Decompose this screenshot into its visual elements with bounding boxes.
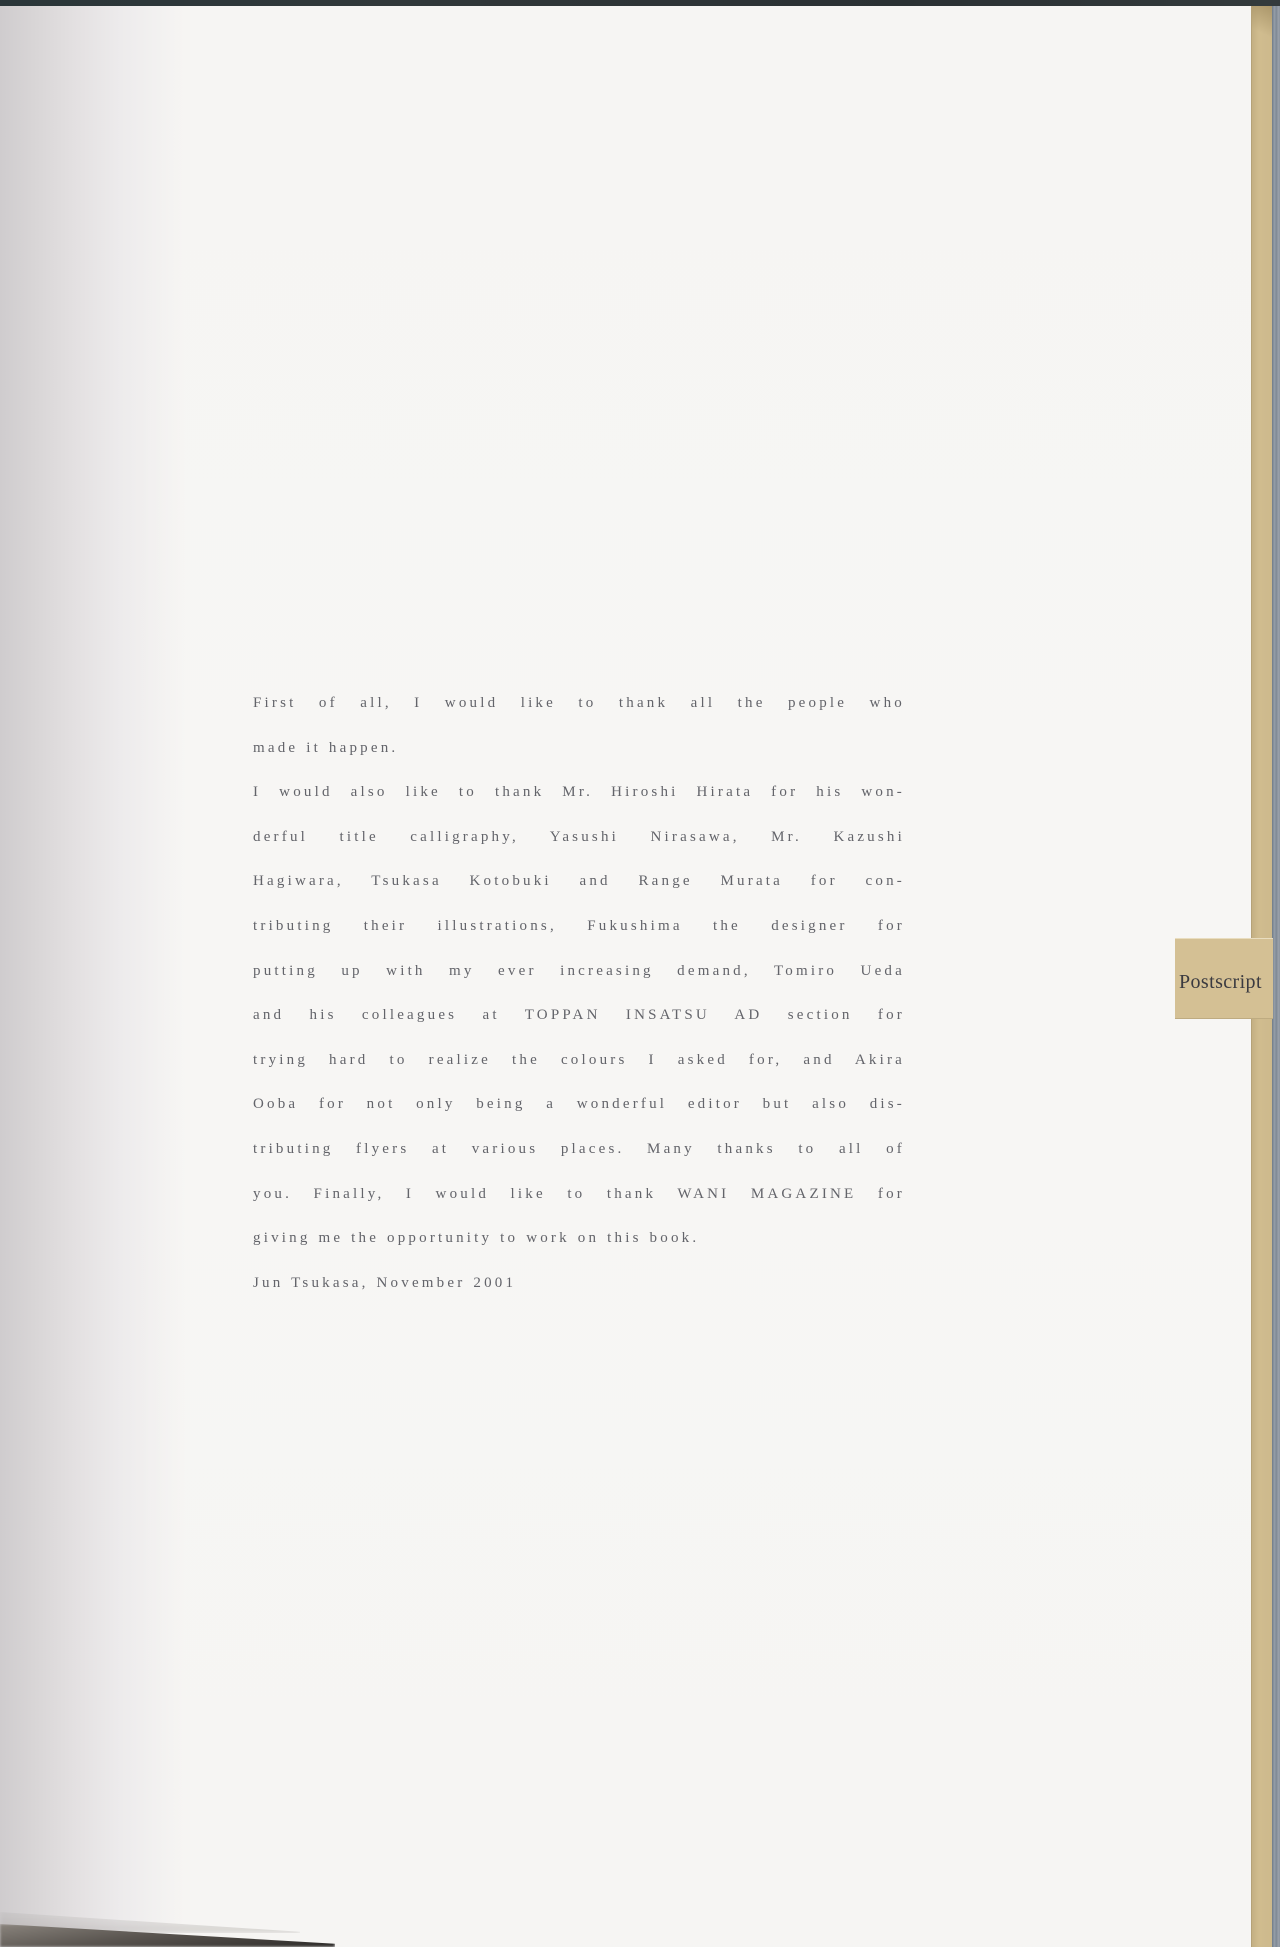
text-line: derful title calligraphy, Yasushi Nirasa…	[253, 815, 905, 860]
signature-line: Jun Tsukasa, November 2001	[253, 1261, 905, 1306]
text-line: giving me the opportunity to work on thi…	[253, 1216, 905, 1261]
postscript-text-block: First of all, I would like to thank all …	[253, 681, 905, 1305]
text-line: and his colleagues at TOPPAN INSATSU AD …	[253, 993, 905, 1038]
text-line: made it happen.	[253, 726, 905, 771]
page-block-edge	[1272, 5, 1280, 1947]
text-line: tributing their illustrations, Fukushima…	[253, 904, 905, 949]
text-line: Ooba for not only being a wonderful edit…	[253, 1082, 905, 1127]
page-binding-shading	[0, 0, 185, 1947]
scanner-edge-bar	[0, 0, 1280, 6]
text-line: I would also like to thank Mr. Hiroshi H…	[253, 770, 905, 815]
postscript-tab: Postscript	[1175, 938, 1273, 1019]
scanned-book-page: First of all, I would like to thank all …	[0, 0, 1280, 1947]
text-line: Hagiwara, Tsukasa Kotobuki and Range Mur…	[253, 859, 905, 904]
postscript-tab-label: Postscript	[1175, 939, 1273, 994]
text-line: you. Finally, I would like to thank WANI…	[253, 1172, 905, 1217]
text-line: putting up with my ever increasing deman…	[253, 949, 905, 994]
cover-strip-corner-shading	[1252, 5, 1273, 51]
text-line: First of all, I would like to thank all …	[253, 681, 905, 726]
text-line: tributing flyers at various places. Many…	[253, 1127, 905, 1172]
text-line: trying hard to realize the colours I ask…	[253, 1038, 905, 1083]
